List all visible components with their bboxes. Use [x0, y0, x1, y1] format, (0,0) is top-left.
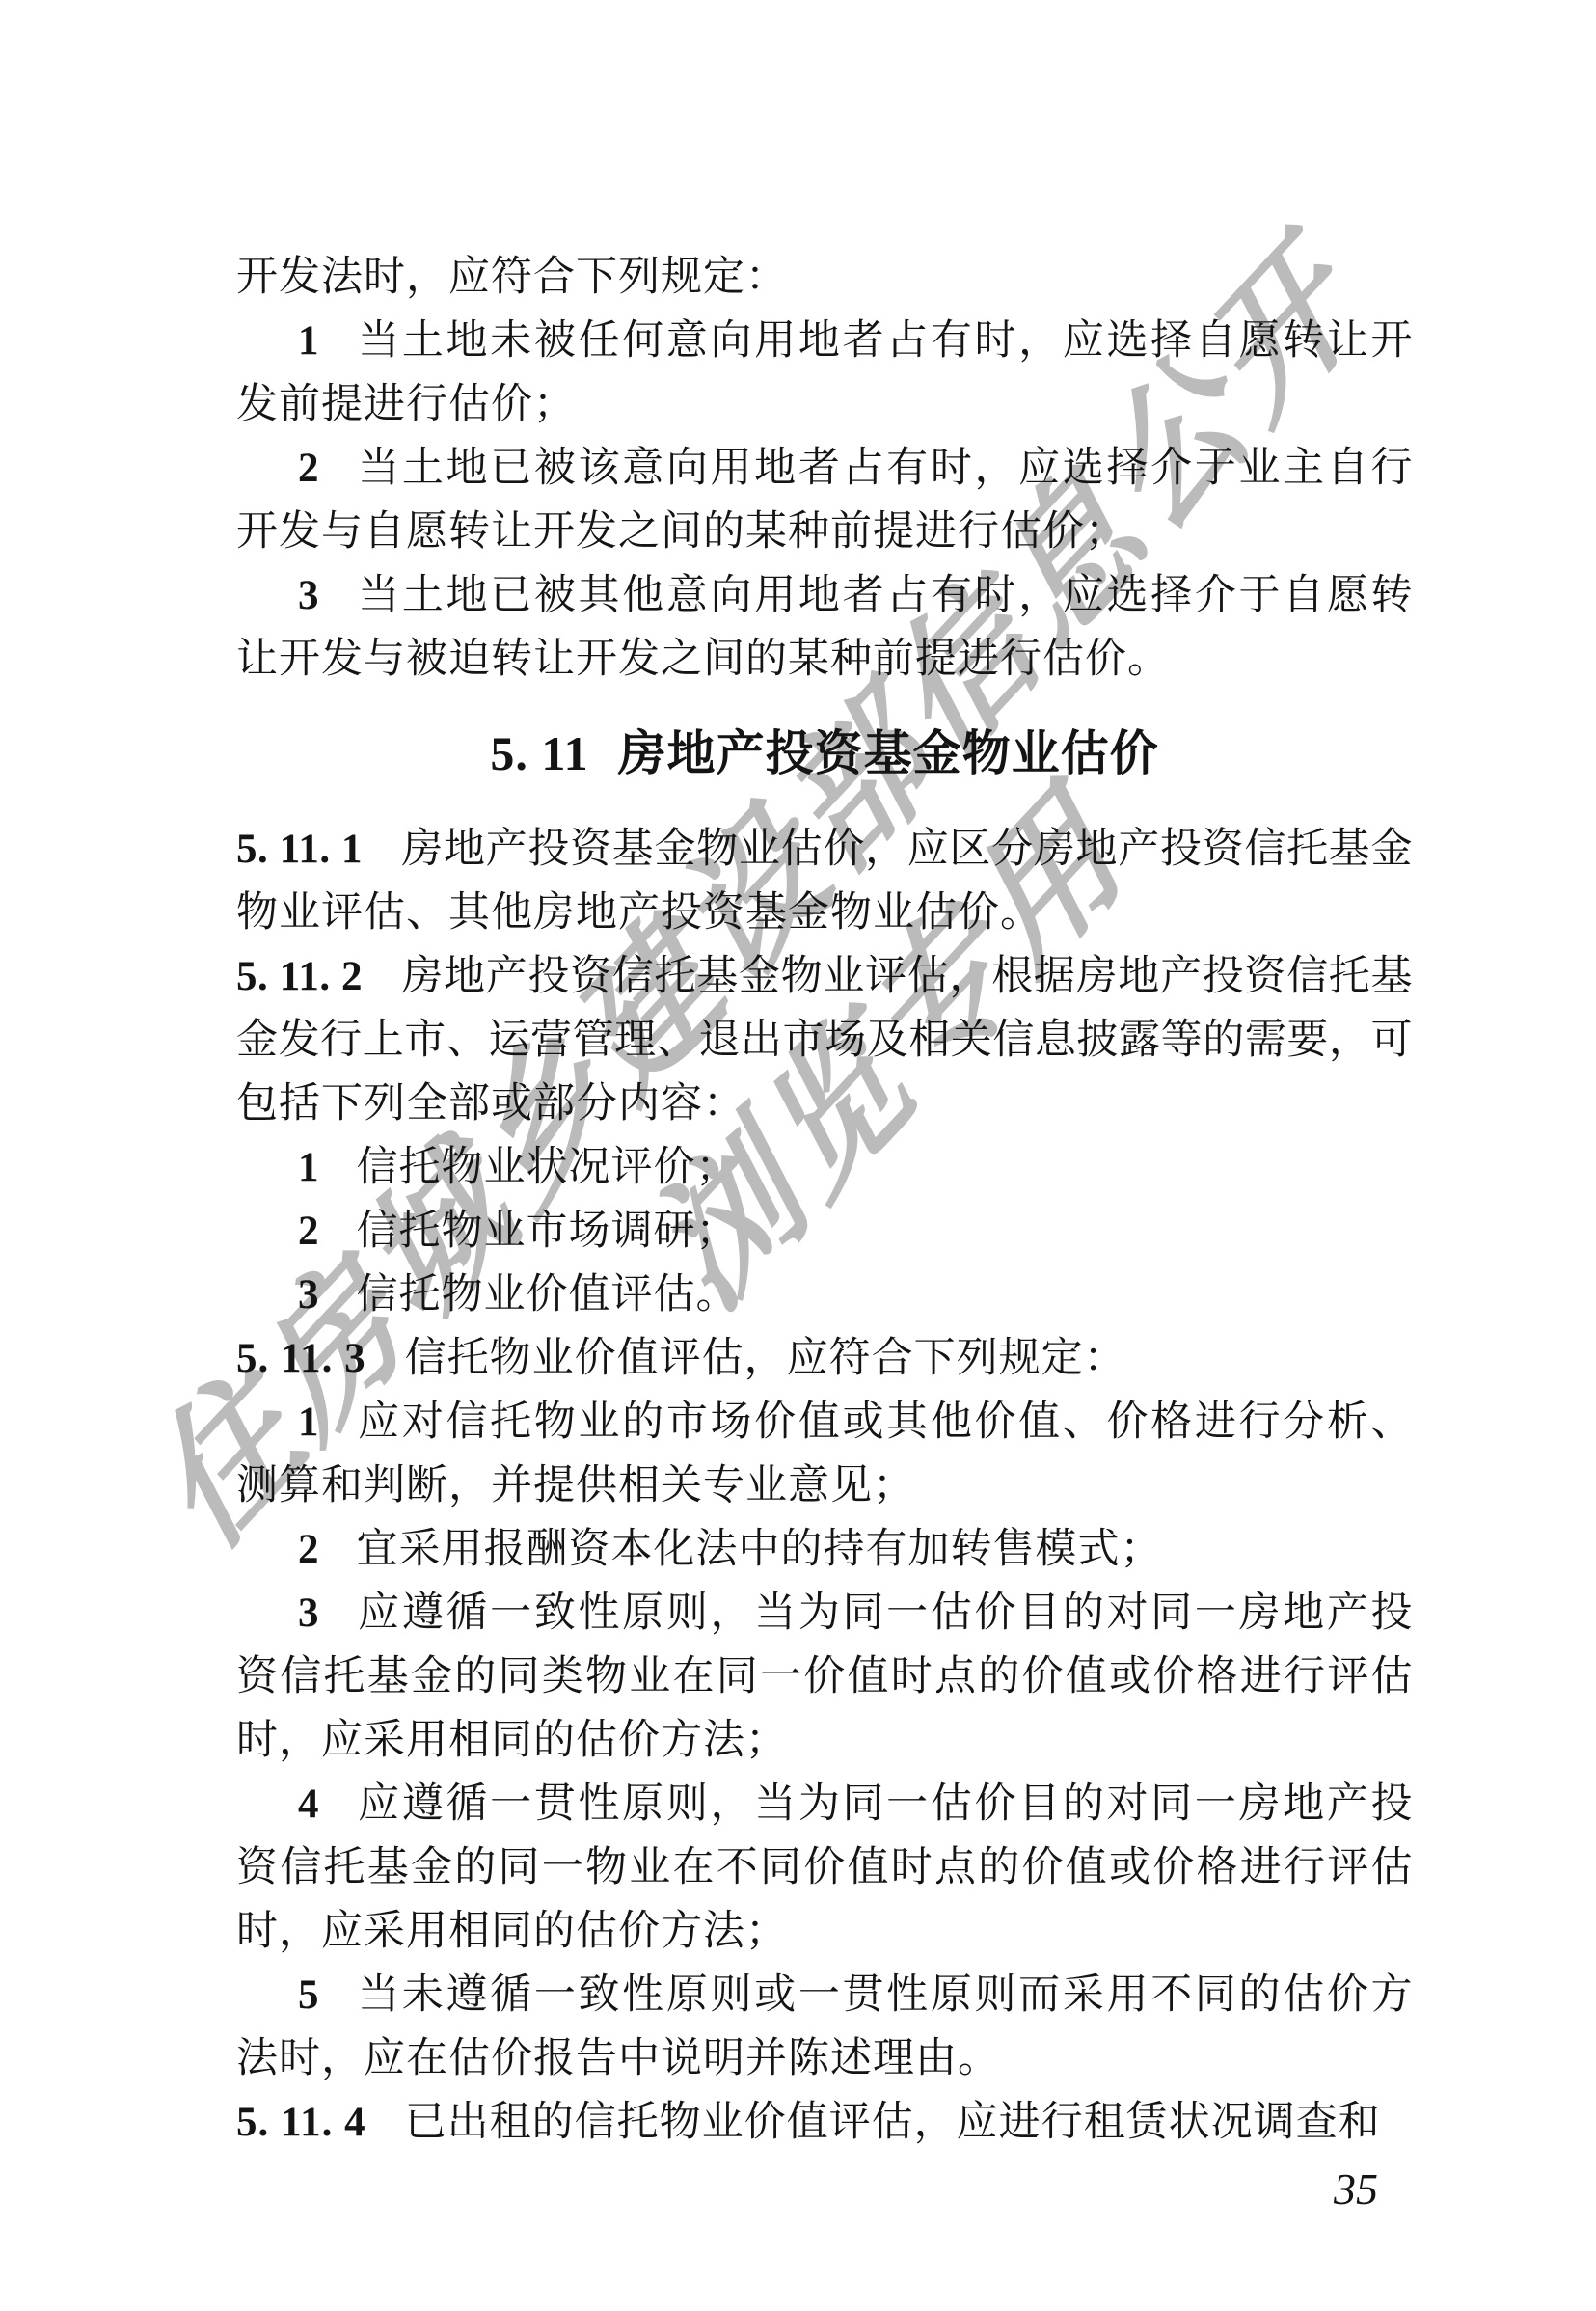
body-line: 资信托基金的同类物业在同一价值时点的价值或价格进行评估: [236, 1645, 1413, 1709]
list-item-line: 1信托物业状况评价；: [236, 1136, 1413, 1200]
clause-line: 5. 11. 1房地产投资基金物业估价，应区分房地产投资信托基金: [236, 818, 1413, 882]
clause-line: 5. 11. 2房地产投资信托基金物业评估，根据房地产投资信托基: [236, 945, 1413, 1009]
item-number: 1: [298, 1145, 320, 1190]
line-text: 宜采用报酬资本化法中的持有加转售模式；: [357, 1527, 1163, 1572]
line-text: 房地产投资信托基金物业评估，根据房地产投资信托基: [401, 954, 1413, 999]
body-line: 包括下列全部或部分内容：: [236, 1073, 1413, 1136]
list-item-line: 2信托物业市场调研；: [236, 1200, 1413, 1264]
line-text: 应对信托物业的市场价值或其他价值、价格进行分析、: [356, 1400, 1413, 1445]
line-text: 信托物业状况评价；: [357, 1145, 739, 1190]
list-item-line: 2宜采用报酬资本化法中的持有加转售模式；: [236, 1518, 1413, 1582]
clause-line: 5. 11. 3信托物业价值评估，应符合下列规定：: [236, 1327, 1413, 1391]
body-line: 发前提进行估价；: [236, 373, 1413, 437]
list-item-line: 3当土地已被其他意向用地者占有时，应选择介于自愿转: [236, 564, 1413, 628]
body-line: 让开发与被迫转让开发之间的某种前提进行估价。: [236, 628, 1413, 692]
body-line: 开发与自愿转让开发之间的某种前提进行估价；: [236, 501, 1413, 564]
clause-number: 5. 11. 4: [236, 2100, 366, 2145]
line-text: 当未遵循一致性原则或一贯性原则而采用不同的估价方: [356, 1972, 1413, 2018]
body-line: 测算和判断，并提供相关专业意见；: [236, 1455, 1413, 1518]
body-line: 金发行上市、运营管理、退出市场及相关信息披露等的需要，可: [236, 1009, 1413, 1073]
body-line: 时，应采用相同的估价方法；: [236, 1900, 1413, 1964]
section-heading-title: 房地产投资基金物业估价: [618, 726, 1159, 780]
line-text: 房地产投资基金物业估价，应区分房地产投资信托基金: [401, 827, 1413, 872]
list-item-line: 3应遵循一致性原则，当为同一估价目的对同一房地产投: [236, 1582, 1413, 1645]
section-heading-number: 5. 11: [490, 726, 588, 780]
clause-number: 5. 11. 1: [236, 827, 363, 872]
list-item-line: 1应对信托物业的市场价值或其他价值、价格进行分析、: [236, 1391, 1413, 1455]
item-number: 5: [298, 1972, 319, 2018]
line-text: 应遵循一贯性原则，当为同一估价目的对同一房地产投: [356, 1781, 1413, 1827]
item-number: 2: [298, 1209, 320, 1254]
body-line: 资信托基金的同一物业在不同价值时点的价值或价格进行评估: [236, 1836, 1413, 1900]
item-number: 3: [298, 573, 319, 618]
line-text: 当土地已被该意向用地者占有时，应选择介于业主自行: [356, 446, 1413, 491]
list-item-line: 3信托物业价值评估。: [236, 1264, 1413, 1327]
line-text: 信托物业价值评估。: [357, 1272, 739, 1318]
clause-line: 5. 11. 4已出租的信托物业价值评估，应进行租赁状况调查和分: [236, 2091, 1413, 2155]
body-line: 开发法时，应符合下列规定：: [236, 246, 1413, 310]
item-number: 3: [298, 1591, 319, 1636]
clause-number: 5. 11. 3: [236, 1336, 366, 1381]
item-number: 3: [298, 1272, 320, 1318]
page-number: 35: [1334, 2164, 1378, 2215]
line-text: 信托物业市场调研；: [357, 1209, 739, 1254]
body-line: 物业评估、其他房地产投资基金物业估价。: [236, 882, 1413, 945]
line-text: 信托物业价值评估，应符合下列规定：: [405, 1336, 1126, 1381]
body-line: 法时，应在估价报告中说明并陈述理由。: [236, 2027, 1413, 2091]
list-item-line: 1当土地未被任何意向用地者占有时，应选择自愿转让开: [236, 310, 1413, 373]
line-text: 当土地已被其他意向用地者占有时，应选择介于自愿转: [356, 573, 1413, 618]
body-line: 时，应采用相同的估价方法；: [236, 1709, 1413, 1773]
section-heading: 5. 11房地产投资基金物业估价: [236, 721, 1413, 785]
item-number: 1: [298, 1400, 319, 1445]
item-number: 1: [298, 318, 319, 364]
line-text: 已出租的信托物业价值评估，应进行租赁状况调查和分: [236, 2100, 1381, 2155]
line-text: 应遵循一致性原则，当为同一估价目的对同一房地产投: [356, 1591, 1413, 1636]
item-number: 2: [298, 446, 319, 491]
item-number: 4: [298, 1781, 319, 1827]
list-item-line: 4应遵循一贯性原则，当为同一估价目的对同一房地产投: [236, 1773, 1413, 1836]
clause-number: 5. 11. 2: [236, 954, 363, 999]
list-item-line: 2当土地已被该意向用地者占有时，应选择介于业主自行: [236, 437, 1413, 501]
line-text: 当土地未被任何意向用地者占有时，应选择自愿转让开: [356, 318, 1413, 364]
body-text: 开发法时，应符合下列规定：1当土地未被任何意向用地者占有时，应选择自愿转让开发前…: [236, 246, 1413, 2155]
list-item-line: 5当未遵循一致性原则或一贯性原则而采用不同的估价方: [236, 1964, 1413, 2027]
item-number: 2: [298, 1527, 320, 1572]
document-page: 住房城乡建设部信息公开 浏览专用 开发法时，应符合下列规定：1当土地未被任何意向…: [0, 0, 1596, 2311]
